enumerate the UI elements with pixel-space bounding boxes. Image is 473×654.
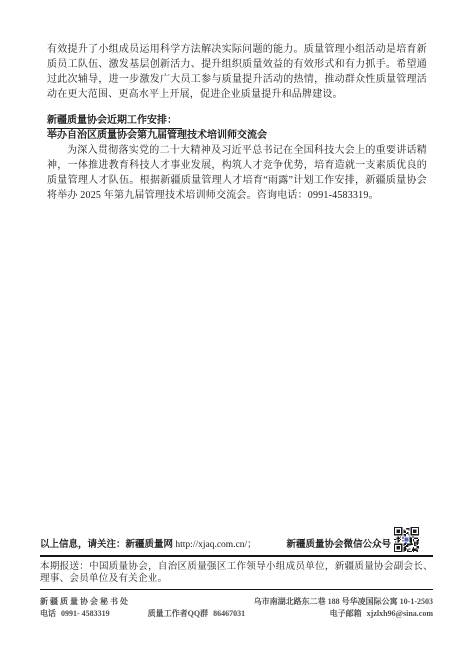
footer-row-1: 新疆质量协会秘书处 乌市南湖北路东二巷 188 号华凌国际公寓 10-1-250… [40,596,433,608]
schedule-section: 新疆质量协会近期工作安排： 举办自治区质量协会第九届管理技术培训师交流会 [47,110,427,143]
wechat-label: 新疆质量协会微信公众号 [286,539,391,552]
follow-notice: 以上信息，请关注：新疆质量网 http://xjaq.com.cn/； [40,539,257,552]
newsletter-page: 有效提升了小组成员运用科学方法解决实际问题的能力。质量管理小组活动是培育新质员工… [0,0,473,654]
site-label: 新疆质量网 [126,540,174,550]
phone-number: 0991- 4583319 [61,609,110,618]
qq-group: 质量工作者QQ群86467031 [148,608,245,620]
follow-notice-row: 以上信息，请关注：新疆质量网 http://xjaq.com.cn/； 新疆质量… [40,527,433,552]
footer-row-2: 电话0991- 4583319 质量工作者QQ群86467031 电子邮箱xjz… [40,608,433,620]
info-footer-section: 以上信息，请关注：新疆质量网 http://xjaq.com.cn/； 新疆质量… [40,527,433,620]
divider-footer [40,589,433,590]
qq-label: 质量工作者QQ群 [148,609,208,618]
wechat-group: 新疆质量协会微信公众号 [286,527,433,552]
wechat-qr-code-icon [394,527,419,552]
distribution-list: 本期报送：中国质量协会，自治区质量强区工作领导小组成员单位，新疆质量协会副会长、… [40,561,433,585]
phone-label: 电话 [40,609,56,618]
event-heading: 举办自治区质量协会第九届管理技术培训师交流会 [47,129,427,143]
document-body: 有效提升了小组成员运用科学方法解决实际问题的能力。质量管理小组活动是培育新质员工… [47,42,427,203]
site-url-link[interactable]: http://xjaq.com.cn/； [175,540,256,550]
follow-label: 以上信息，请关注： [40,540,126,550]
divider-thick [40,555,433,557]
schedule-heading: 新疆质量协会近期工作安排： [47,114,182,129]
email-group: 电子邮箱xjzlxh96@sina.com [330,608,433,620]
contact-footer: 新疆质量协会秘书处 乌市南湖北路东二巷 188 号华凌国际公寓 10-1-250… [40,596,433,620]
body-paragraph-continued: 有效提升了小组成员运用科学方法解决实际问题的能力。质量管理小组活动是培育新质员工… [47,42,427,102]
email-label: 电子邮箱 [330,609,362,618]
org-address: 乌市南湖北路东二巷 188 号华凌国际公寓 10-1-2503 [254,596,433,608]
qq-number: 86467031 [213,609,245,618]
email-address: xjzlxh96@sina.com [367,609,433,618]
event-paragraph: 为深入贯彻落实党的二十大精神及习近平总书记在全国科技大会上的重要讲话精神，一体推… [47,143,427,203]
org-name: 新疆质量协会秘书处 [40,596,130,608]
phone-group: 电话0991- 4583319 [40,608,110,620]
